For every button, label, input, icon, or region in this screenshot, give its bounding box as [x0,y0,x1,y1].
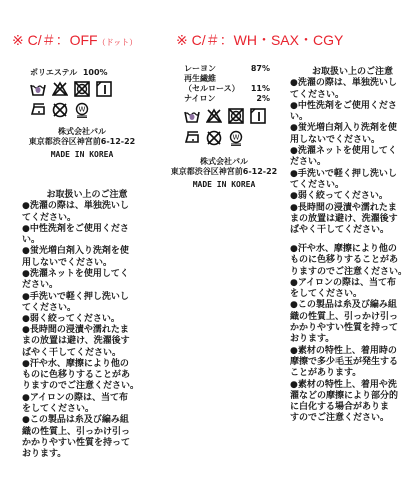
hand-wash-icon [30,81,46,97]
care-line: 用しないでください。 [22,258,152,269]
left-composition: ポリエステル 100% [30,68,108,78]
care-line: ばやく干してください。 [290,225,415,236]
care-line: ●洗濯の際は、単独洗いし [290,78,415,89]
care-line: ●この製品は糸及び編み組 [290,300,415,311]
care-block-2: ●汗や水、摩擦により他のものに色移りすることがありますのでご注意ください。●アイ… [290,244,415,425]
middle-company-block: 株式会社パル 東京都渋谷区神宮前6-12-22 MADE IN KOREA [168,157,280,190]
care-line: まの放置は避け、洗濯後す [22,336,152,347]
care-line: ●手洗いで軽く押し洗いし [290,169,415,180]
wet-clean-gentle-icon: W [228,130,244,146]
care-line: すのでご注意ください。 [290,413,415,424]
fiber-row: 再生繊維 [184,74,270,84]
care-line: に白化する場合がありま [290,402,415,413]
color-header-left: ※ C/＃：OFF（ドット） [12,30,137,50]
care-line: おります。 [22,449,152,460]
fiber-name: 再生繊維 [184,74,216,84]
fiber-row: ナイロン2% [184,94,270,104]
no-dry-clean-icon [52,102,68,118]
care-line: ●蛍光増白剤入り洗剤を使 [22,246,152,257]
care-line: ●蛍光増白剤入り洗剤を使 [290,123,415,134]
no-tumble-dry-icon [74,81,90,97]
company-name: 株式会社パル [22,127,142,137]
middle-care-symbols-row2: W [184,130,244,146]
left-care-notes-2: ●長時間の浸漬や濡れたままの放置は避け、洗濯後すばやく干してください。●汗や水、… [22,325,152,461]
svg-text:W: W [79,106,86,114]
care-line: てください。 [290,90,415,101]
care-line: 摩擦で多少毛玉が発生する [290,357,415,368]
fiber-name: （セルロース） [184,84,240,94]
fiber-row: レーヨン87% [184,64,270,74]
care-line: をしてください。 [290,289,415,300]
made-in: MADE IN KOREA [22,150,142,160]
care-block-1: ●洗濯の際は、単独洗いしてください。●中性洗剤をご使用ください。●蛍光増白剤入り… [22,201,152,325]
care-line: 織の性質上、引っかけ引っ [290,312,415,323]
care-line: てください。 [290,180,415,191]
made-in: MADE IN KOREA [168,180,280,190]
left-company-block: 株式会社パル 東京都渋谷区神宮前6-12-22 MADE IN KOREA [22,127,142,160]
care-line: ものに色移りすることがあ [22,370,152,381]
care-line: ●長時間の浸漬や濡れたま [290,203,415,214]
care-line: ●アイロンの際は、当て布 [22,393,152,404]
fiber-percent: 2% [256,94,270,104]
color-code-note: （ドット） [98,38,138,47]
care-block-2: ●長時間の浸漬や濡れたままの放置は避け、洗濯後すばやく干してください。●汗や水、… [22,325,152,461]
middle-composition: レーヨン87% 再生繊維 （セルロース）11% ナイロン2% [184,64,270,104]
care-line: ●洗濯ネットを使用してく [290,146,415,157]
care-line: ださい。 [22,280,152,291]
company-name: 株式会社パル [168,157,280,167]
care-line: りますのでご注意ください。 [290,267,415,278]
care-line: ●手洗いで軽く押し洗いし [22,292,152,303]
care-line: かかりやすい性質を持って [290,323,415,334]
color-header-right: ※ C/＃：WH・SAX・CGY [176,30,343,50]
care-line: ●中性洗剤をご使用くださ [22,224,152,235]
fiber-percent: 87% [251,64,270,74]
right-care-notes-2: ●汗や水、摩擦により他のものに色移りすることがありますのでご注意ください。●アイ… [290,244,415,425]
fiber-percent: 11% [251,84,270,94]
care-line: かかりやすい性質を持って [22,438,152,449]
iron-low-icon [184,130,200,146]
care-line: おります。 [290,334,415,345]
company-address: 東京都渋谷区神宮前6-12-22 [22,137,142,147]
care-line: ことがあります。 [290,368,415,379]
care-line: をしてください。 [22,404,152,415]
no-bleach-icon [206,108,222,124]
care-line: ●素材の特性上、着用や洗 [290,380,415,391]
no-bleach-icon [52,81,68,97]
wet-clean-gentle-icon: W [74,102,90,118]
no-tumble-dry-icon [228,108,244,124]
care-line: ●洗濯ネットを使用してく [22,269,152,280]
iron-low-icon [30,102,46,118]
company-address: 東京都渋谷区神宮前6-12-22 [168,167,280,177]
care-line: ●汗や水、摩擦により他の [290,244,415,255]
care-line: りますのでご注意ください。 [22,381,152,392]
care-line: い。 [290,112,415,123]
care-line: 織の性質上、引っかけ引っ [22,427,152,438]
care-line: 用しないでください。 [290,135,415,146]
care-line: ●素材の特性上、着用時の [290,346,415,357]
left-care-notes: お取扱い上のご注意 ●洗濯の際は、単独洗いしてください。●中性洗剤をご使用くださ… [22,190,152,326]
fiber-name: ポリエステル [30,68,77,77]
care-line: ●弱く絞ってください。 [290,191,415,202]
care-line: ●この製品は糸及び編み組 [22,415,152,426]
care-block-1: ●洗濯の際は、単独洗いしてください。●中性洗剤をご使用ください。●蛍光増白剤入り… [290,78,415,236]
care-line: てください。 [22,213,152,224]
care-line: い。 [22,235,152,246]
color-code-off: ※ C/＃：OFF [12,32,98,48]
svg-text:W: W [233,134,240,142]
care-line: 濯などの摩擦により部分的 [290,391,415,402]
no-dry-clean-icon [206,130,222,146]
right-care-notes: お取扱い上のご注意 ●洗濯の際は、単独洗いしてください。●中性洗剤をご使用くださ… [290,67,415,236]
fiber-row: （セルロース）11% [184,84,270,94]
fiber-percent: 100% [83,68,108,77]
left-care-symbols-row1 [30,81,112,97]
care-line: ださい。 [290,157,415,168]
care-line: ものに色移りすることがあ [290,255,415,266]
fiber-name: ナイロン [184,94,215,104]
care-line: ●長時間の浸漬や濡れたま [22,325,152,336]
care-line: ばやく干してください。 [22,348,152,359]
middle-care-symbols-row1 [184,108,266,124]
drip-dry-shade-icon [96,81,112,97]
care-line: ●中性洗剤をご使用くださ [290,101,415,112]
care-line: ●弱く絞ってください。 [22,314,152,325]
hand-wash-icon [184,108,200,124]
care-line: ●アイロンの際は、当て布 [290,278,415,289]
care-line: てください。 [22,303,152,314]
care-title: お取扱い上のご注意 [22,190,152,201]
care-line: ●洗濯の際は、単独洗いし [22,201,152,212]
care-line: まの放置は避け、洗濯後す [290,214,415,225]
fiber-name: レーヨン [184,64,216,74]
left-care-symbols-row2: W [30,102,90,118]
care-line: ●汗や水、摩擦により他の [22,359,152,370]
drip-dry-shade-icon [250,108,266,124]
care-title: お取扱い上のご注意 [290,67,415,78]
